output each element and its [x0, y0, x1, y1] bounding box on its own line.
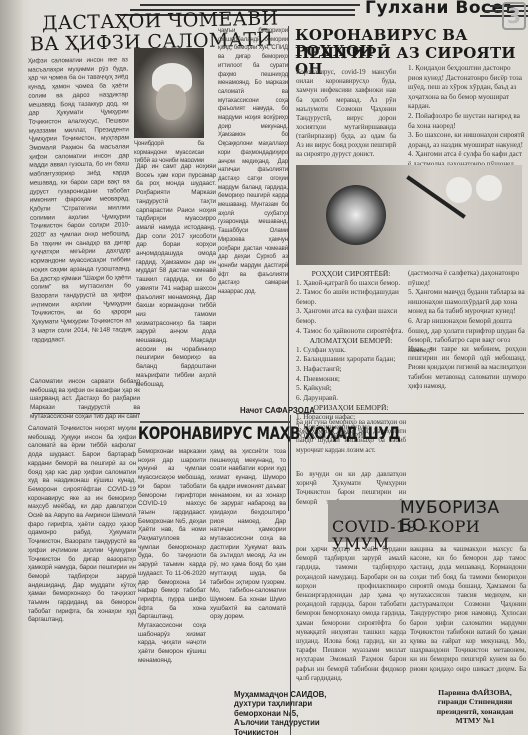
- medic-figure: [446, 177, 472, 203]
- article-left-column-2: Дар ин самт дар ноҳияи Восеъ ҳам кори пу…: [136, 163, 216, 388]
- photo-caption: Ҷонибдорӣ ба кормандони муассисаи тиббӣ …: [134, 140, 204, 162]
- column-rule: [290, 415, 291, 735]
- prevention-closing: Инак, чи тавре ки мебинем, роҳҳои пешгир…: [408, 345, 526, 400]
- symptom-item: 6. Дарунравӣ.: [296, 394, 406, 404]
- route-item: 1. Ҳавоӣ-қатрагӣ бо шахси бемор.: [296, 279, 406, 289]
- prevention-list-continued: (дастмолча ё салфетка) даҳонатонро пӯшед…: [408, 269, 526, 355]
- corona-question: Аз ин вирус бояд роҳҳои пешгирӣ ва сироя…: [296, 141, 396, 161]
- face-shape: [156, 84, 186, 120]
- symptom-item: 1. Сулфаи хушк.: [296, 346, 406, 356]
- virus-particle-image: [326, 185, 386, 245]
- prevention-item: 1. Қоидаҳои беҳдоштии дастонро риоя куне…: [408, 64, 526, 112]
- portrait-photo: [134, 48, 204, 138]
- routes-title: РОҲҲОИ СИРОЯТЁБӢ:: [296, 269, 406, 279]
- divider: [140, 421, 290, 423]
- divider: [296, 413, 524, 414]
- byline-name: Парвина ФАЙЗОВА,: [428, 688, 522, 697]
- page-number: 3: [502, 2, 526, 30]
- prevention-item: 3. Бо шахсоне, ки нишонаҳои сироятӣ дора…: [408, 131, 526, 150]
- article-left-column-1: Ҳифзи саломатии инсон яке аз масъалаҳои …: [28, 56, 132, 377]
- complications-title: ОРИЗАҲОИ БЕМОРӢ:: [296, 403, 406, 413]
- article-left-column-3: ҷамъи бемориҳои фишорбаландӣ, бемории қа…: [218, 27, 288, 372]
- route-item: 4. Тамос бо ҳайвоноти сироятёфта.: [296, 327, 406, 337]
- medic-figure: [476, 175, 502, 201]
- route-item: 3. Ҳангоми атса ва сулфаи шахси бемор.: [296, 307, 406, 326]
- divider: [32, 413, 140, 414]
- byline-title: гиранди Стипендияи: [428, 697, 522, 706]
- fight-column-2: вакцина ва чашмакҳои махсус ба касоне, к…: [410, 545, 526, 675]
- page-edge-shadow: [0, 0, 22, 735]
- masthead-rule: [140, 4, 360, 6]
- symptoms-title: АЛОМАТҲОИ БЕМОРӢ:: [296, 336, 406, 346]
- coronavirus-photo: [296, 165, 522, 265]
- byline-fight: Парвина ФАЙЗОВА, гиранди Стипендияи през…: [428, 688, 522, 726]
- newspaper-page: Гулхани Восеъ 3 ДАСТАҲОИ ЧОМЕАВИ ВА ҲИФЗ…: [0, 0, 528, 735]
- route-item: 2. Тамос бо ашёи истифодашудаи бемор.: [296, 288, 406, 307]
- corona-intro: Коронавирус, covid-19 мансуби оилаи коро…: [296, 68, 396, 143]
- corona-free-column-1: Беморхонаи марказии ноҳия дар шароити ку…: [138, 448, 206, 733]
- symptom-item: 2. Баландшавии ҳарорати бадан;: [296, 355, 406, 365]
- headline-corona-free: КОРОНАВИРУС МАҲВ ХОҲАД ШУД: [138, 425, 400, 443]
- prevention-item: 5. Ҳангоми мавҷуд будани табларза ва ниш…: [408, 288, 526, 317]
- fight-column-1: рои ҳарчи зудтар аз байн бурдани беморӣ …: [296, 545, 406, 733]
- routes-list: РОҲҲОИ СИРОЯТЁБӢ: 1. Ҳавоӣ-қатрагӣ бо ша…: [296, 269, 406, 442]
- prevention-list: 1. Қоидаҳои беҳдоштии дастонро риоя куне…: [408, 64, 526, 170]
- corona-free-column-2: ҳамд ва ҳиссиёти тоза пешниҳод мекунанд,…: [210, 448, 286, 648]
- byline-title: МТМУ №1: [428, 716, 522, 725]
- article-left-bottom-text: Саломатӣ Тоҷикистон ниҳоят муҳим мебошад…: [28, 425, 136, 733]
- symptom-item: 5. Қайкунӣ;: [296, 384, 406, 394]
- prevention-item: 2. Пойафзолро бе шустан нагиред ва ба хо…: [408, 112, 526, 131]
- symptom-item: 4. Пневмония;: [296, 375, 406, 385]
- byline-title: президентӣ, хонандаи: [428, 707, 522, 716]
- prevention-item: (дастмолча ё салфетка) даҳонатонро пӯшед…: [408, 269, 526, 288]
- symptom-item: 3. Нафастангӣ;: [296, 365, 406, 375]
